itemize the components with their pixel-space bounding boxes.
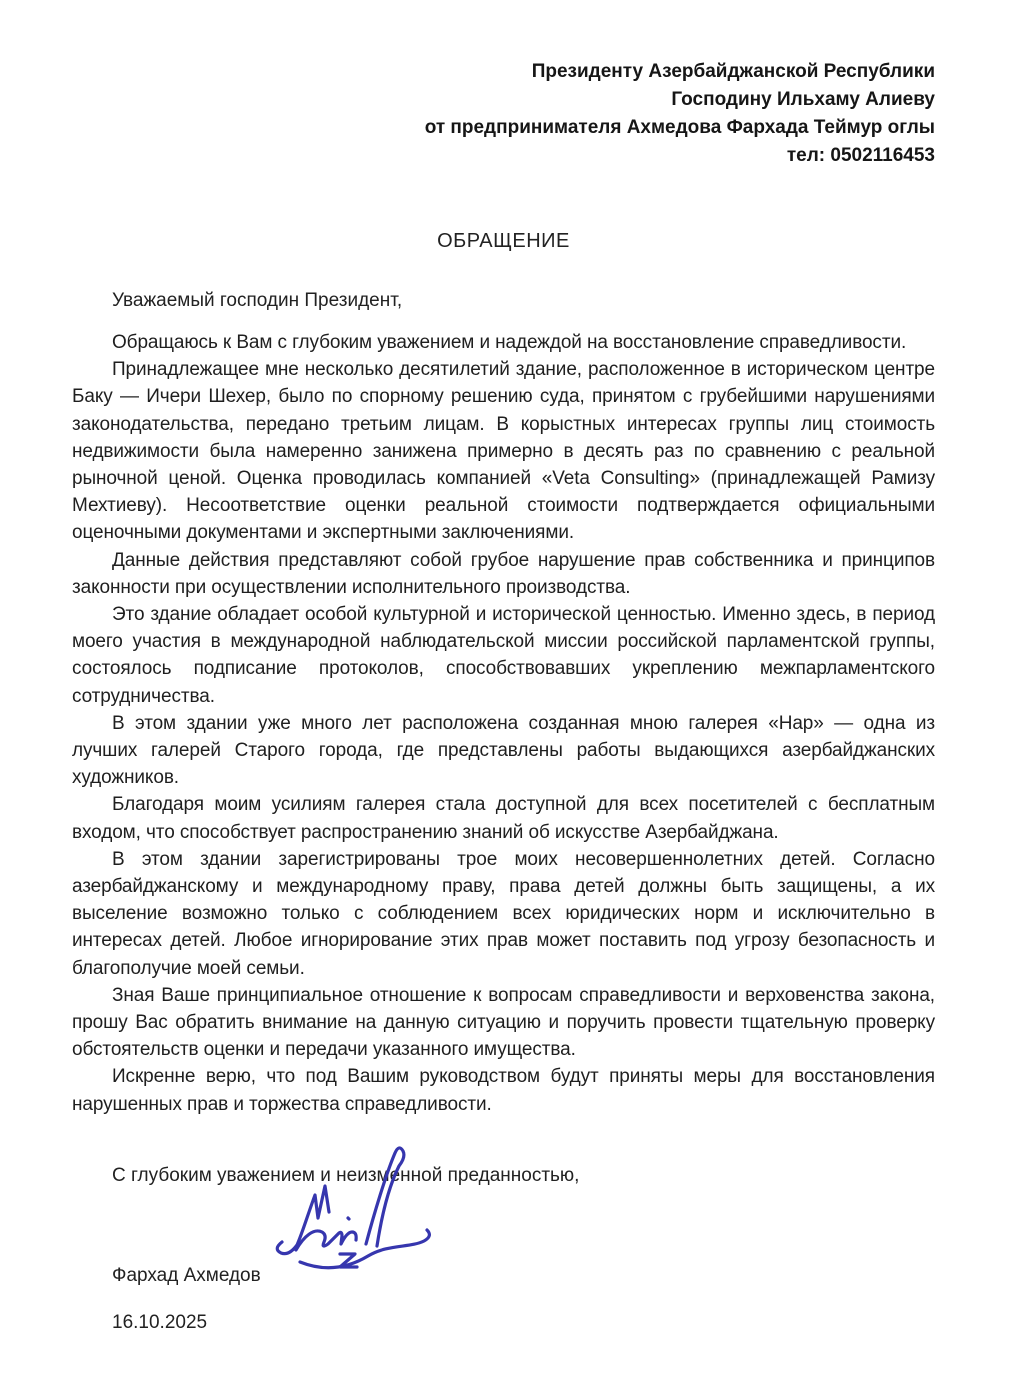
body-paragraph-1: Обращаюсь к Вам с глубоким уважением и н… <box>72 329 935 356</box>
recipient-block: Президенту Азербайджанской Республики Го… <box>72 58 935 170</box>
letter-document: Президенту Азербайджанской Республики Го… <box>0 0 1009 1400</box>
body-paragraph-2: Принадлежащее мне несколько десятилетий … <box>72 356 935 546</box>
body-paragraph-4: Это здание обладает особой культурной и … <box>72 601 935 710</box>
recipient-line-1: Президенту Азербайджанской Республики <box>72 58 935 86</box>
body-paragraph-8: Зная Ваше принципиальное отношение к воп… <box>72 982 935 1064</box>
letter-date: 16.10.2025 <box>72 1312 935 1334</box>
recipient-line-3: от предпринимателя Ахмедова Фархада Тейм… <box>72 114 935 142</box>
body-paragraph-9: Искренне верю, что под Вашим руководство… <box>72 1063 935 1117</box>
body-paragraph-5: В этом здании уже много лет расположена … <box>72 710 935 792</box>
letter-body: Обращаюсь к Вам с глубоким уважением и н… <box>72 329 935 1118</box>
document-title: ОБРАЩЕНИЕ <box>72 230 935 253</box>
recipient-phone: тел: 0502116453 <box>72 142 935 170</box>
body-paragraph-3: Данные действия представляют собой грубо… <box>72 547 935 601</box>
body-paragraph-6: Благодаря моим усилиям галерея стала дос… <box>72 791 935 845</box>
body-paragraph-7: В этом здании зарегистрированы трое моих… <box>72 846 935 982</box>
salutation: Уважаемый господин Президент, <box>72 287 935 314</box>
valediction: С глубоким уважением и неизменной предан… <box>72 1162 935 1189</box>
recipient-line-2: Господину Ильхаму Алиеву <box>72 86 935 114</box>
handwritten-signature-icon <box>270 1138 442 1280</box>
signer-name: Фархад Ахмедов <box>72 1265 935 1287</box>
